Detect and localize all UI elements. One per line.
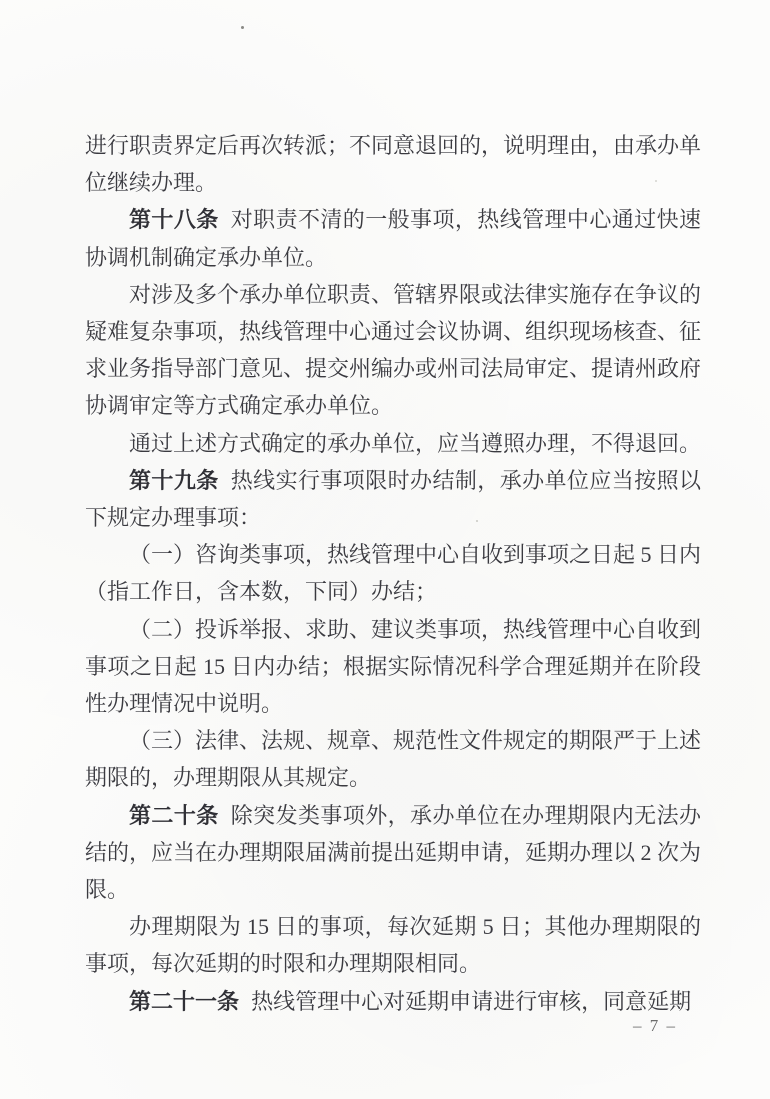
document-body: 进行职责界定后再次转派；不同意退回的，说明理由，由承办单位继续办理。 第十八条对… bbox=[85, 127, 701, 1020]
paragraph-text: （三）法律、法规、规章、规范性文件规定的期限严于上述期限的，办理期限从其规定。 bbox=[85, 728, 701, 790]
paragraph-text: （二）投诉举报、求助、建议类事项，热线管理中心自收到事项之日起 15 日内办结；… bbox=[85, 617, 701, 716]
article-number-label: 第二十一条 bbox=[129, 989, 239, 1014]
paragraph-text: 通过上述方式确定的承办单位，应当遵照办理，不得退回。 bbox=[129, 431, 701, 456]
paragraph-continuation: 进行职责界定后再次转派；不同意退回的，说明理由，由承办单位继续办理。 bbox=[85, 127, 701, 201]
paragraph-text: （一）咨询类事项，热线管理中心自收到事项之日起 5 日内（指工作日，含本数，下同… bbox=[85, 542, 701, 604]
paragraph-article-20: 第二十条除突发类事项外，承办单位在办理期限内无法办结的，应当在办理期限届满前提出… bbox=[85, 797, 701, 909]
paragraph-text: 对涉及多个承办单位职责、管辖界限或法律实施存在争议的疑难复杂事项，热线管理中心通… bbox=[85, 282, 701, 419]
paragraph-extension-period: 办理期限为 15 日的事项，每次延期 5 日；其他办理期限的事项，每次延期的时限… bbox=[85, 908, 701, 982]
paragraph-text: 热线管理中心对延期申请进行审核，同意延期 bbox=[251, 989, 691, 1014]
paragraph-no-return: 通过上述方式确定的承办单位，应当遵照办理，不得退回。 bbox=[85, 425, 701, 462]
document-page: 进行职责界定后再次转派；不同意退回的，说明理由，由承办单位继续办理。 第十八条对… bbox=[0, 0, 770, 1099]
paragraph-item-1: （一）咨询类事项，热线管理中心自收到事项之日起 5 日内（指工作日，含本数，下同… bbox=[85, 536, 701, 610]
paragraph-dispute-resolution: 对涉及多个承办单位职责、管辖界限或法律实施存在争议的疑难复杂事项，热线管理中心通… bbox=[85, 276, 701, 425]
paragraph-article-18: 第十八条对职责不清的一般事项，热线管理中心通过快速协调机制确定承办单位。 bbox=[85, 201, 701, 275]
article-number-label: 第二十条 bbox=[129, 803, 219, 828]
paragraph-text: 进行职责界定后再次转派；不同意退回的，说明理由，由承办单位继续办理。 bbox=[85, 133, 701, 195]
page-number: – 7 – bbox=[633, 1016, 677, 1036]
paragraph-text: 办理期限为 15 日的事项，每次延期 5 日；其他办理期限的事项，每次延期的时限… bbox=[85, 914, 701, 976]
article-number-label: 第十八条 bbox=[129, 207, 219, 232]
article-number-label: 第十九条 bbox=[129, 468, 219, 493]
scan-speck bbox=[241, 26, 244, 29]
paragraph-article-21: 第二十一条热线管理中心对延期申请进行审核，同意延期 bbox=[85, 983, 701, 1020]
paragraph-article-19: 第十九条热线实行事项限时办结制，承办单位应当按照以下规定办理事项： bbox=[85, 462, 701, 536]
paragraph-item-2: （二）投诉举报、求助、建议类事项，热线管理中心自收到事项之日起 15 日内办结；… bbox=[85, 611, 701, 723]
paragraph-item-3: （三）法律、法规、规章、规范性文件规定的期限严于上述期限的，办理期限从其规定。 bbox=[85, 722, 701, 796]
